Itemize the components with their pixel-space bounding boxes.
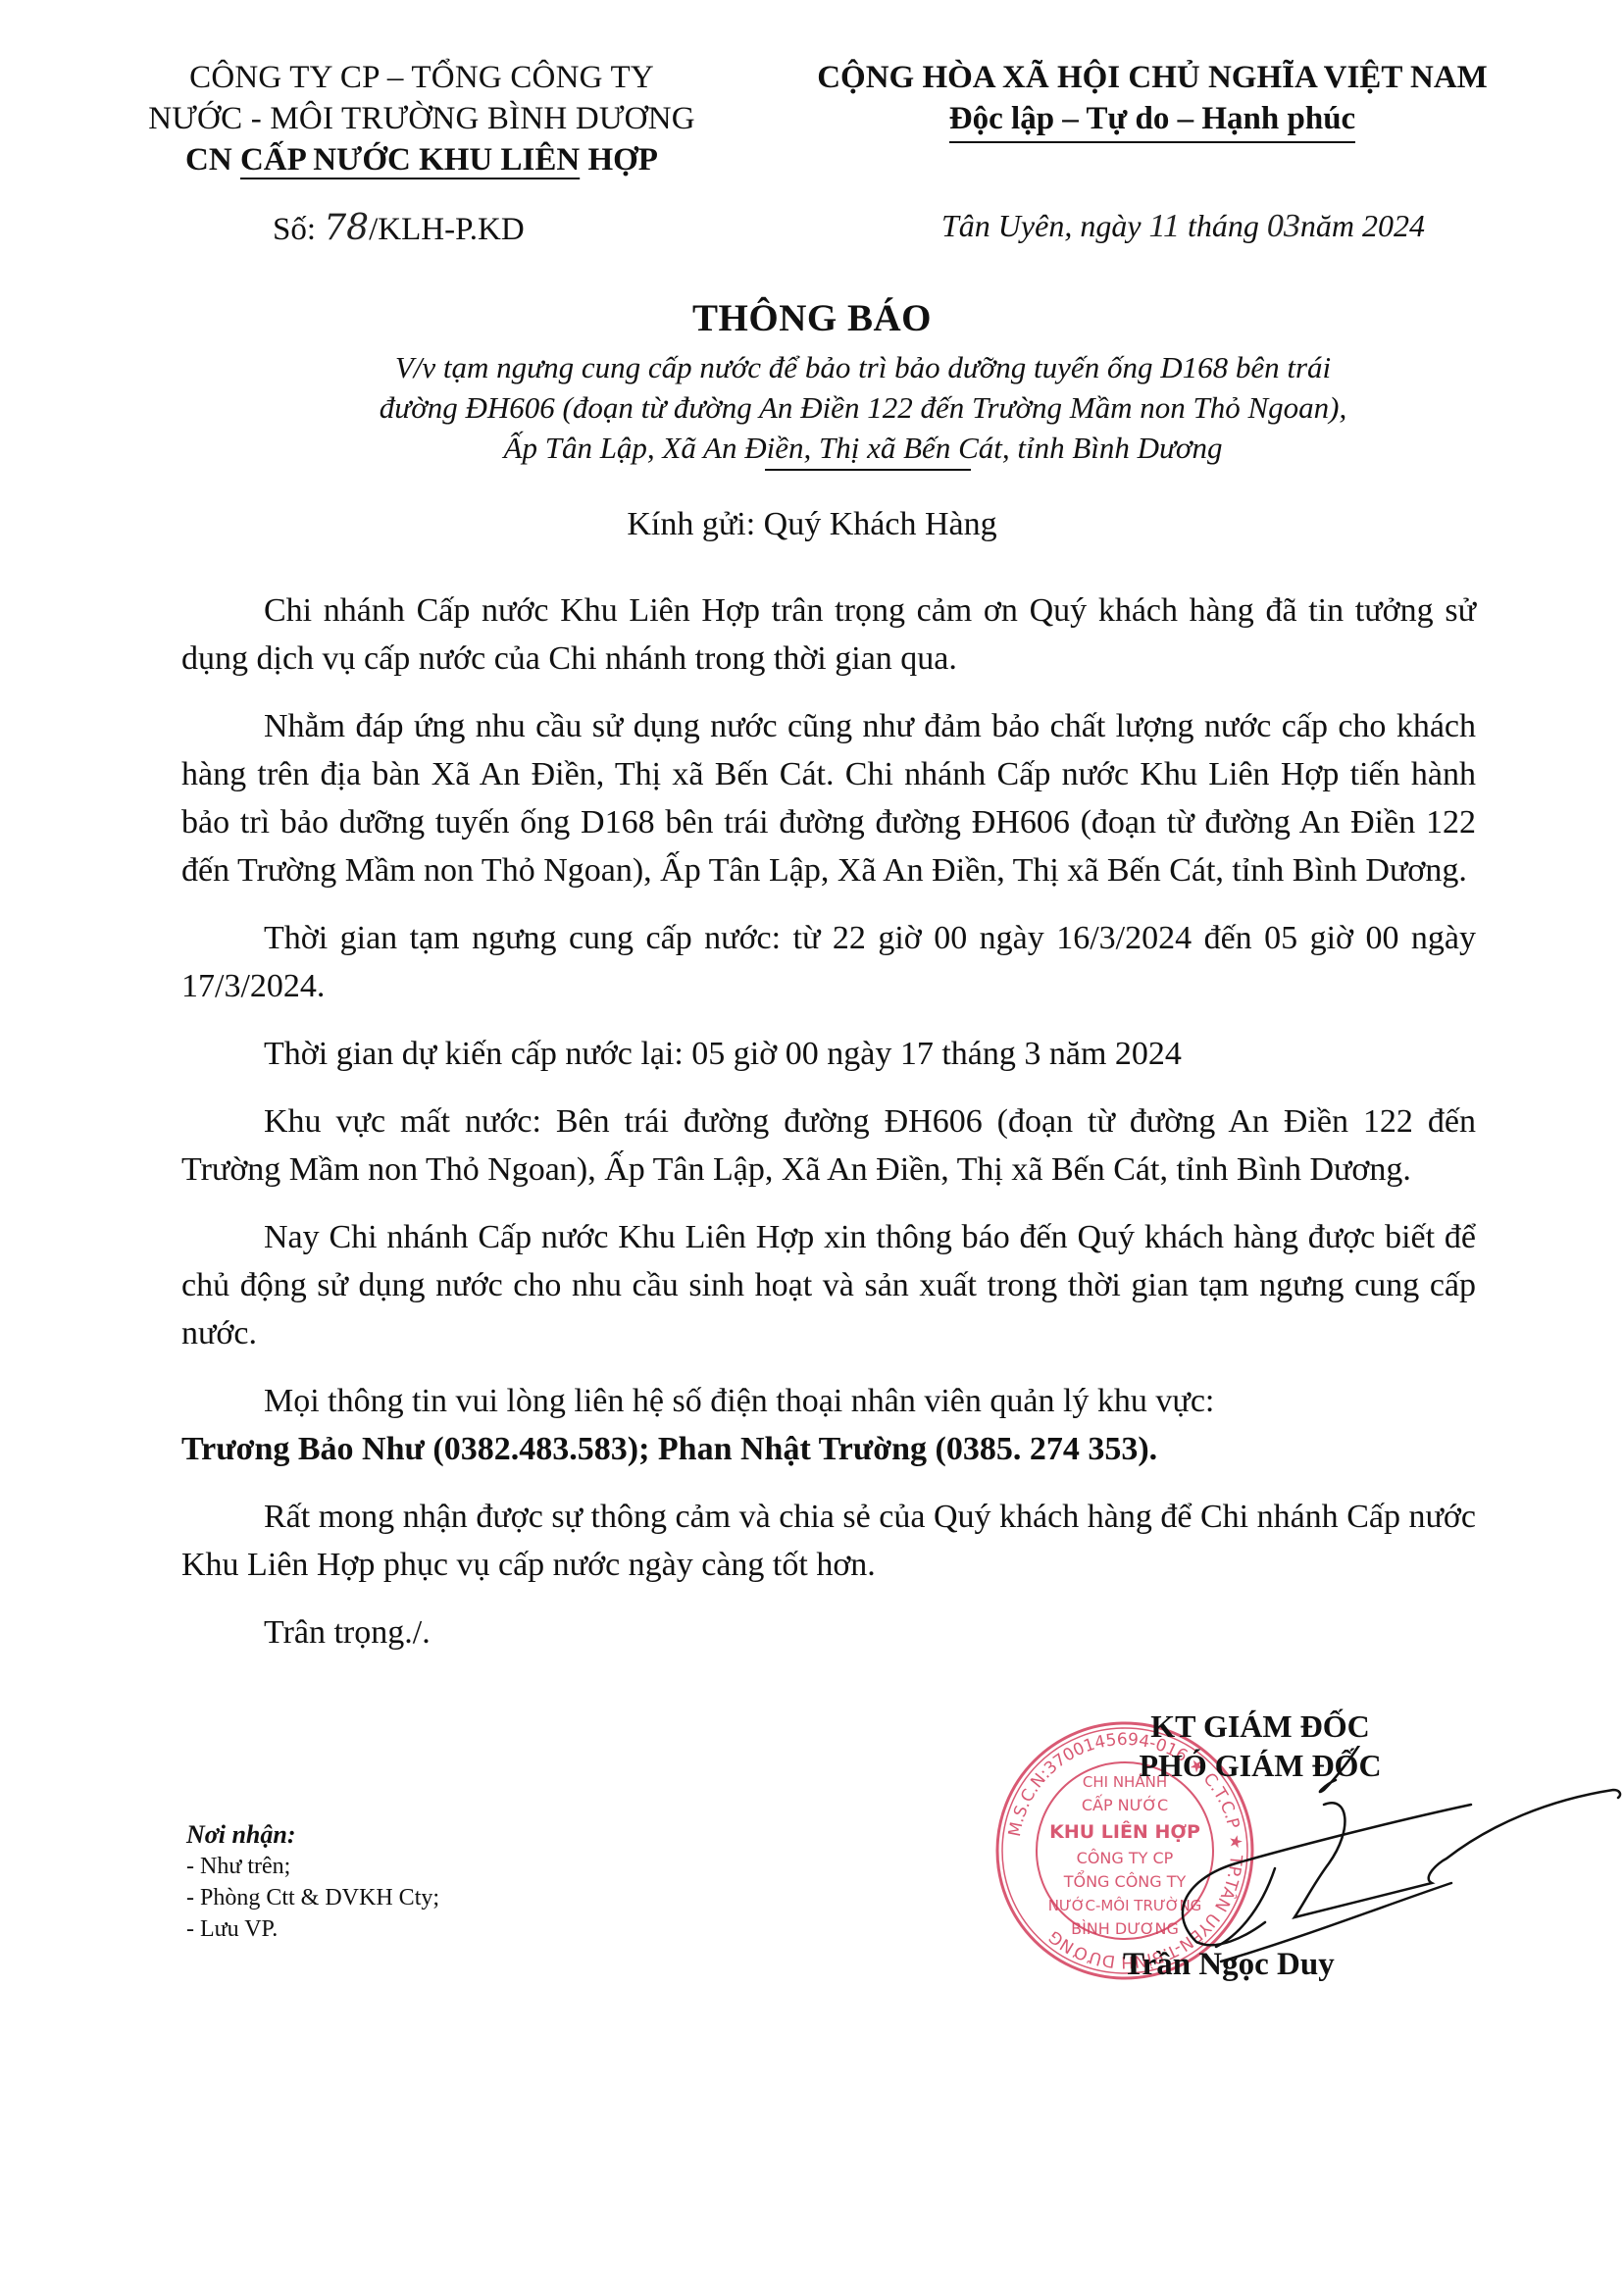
date-month: 03	[1267, 208, 1300, 244]
national-header: CỘNG HÒA XÃ HỘI CHỦ NGHĨA VIỆT NAM Độc l…	[785, 57, 1520, 143]
date-place: Tân Uyên, ngày	[941, 208, 1149, 243]
subject-line-2: đường ĐH606 (đoạn từ đường An Điền 122 đ…	[324, 387, 1402, 428]
recipients-heading: Nơi nhận:	[186, 1819, 439, 1851]
issuer-branch-suffix: HỢP	[580, 142, 658, 178]
paragraph-notice: Nay Chi nhánh Cấp nước Khu Liên Hợp xin …	[181, 1213, 1476, 1357]
document-title: THÔNG BÁO	[0, 296, 1624, 340]
subject-divider	[765, 469, 971, 471]
issuer-header: CÔNG TY CP – TỔNG CÔNG TY NƯỚC - MÔI TRƯ…	[127, 57, 716, 180]
document-page: CÔNG TY CP – TỔNG CÔNG TY NƯỚC - MÔI TRƯ…	[0, 0, 1624, 2293]
recipient-item: - Phòng Ctt & DVKH Cty;	[186, 1882, 439, 1913]
issuer-line-2: NƯỚC - MÔI TRƯỜNG BÌNH DƯƠNG	[127, 98, 716, 139]
date-month-label: tháng	[1180, 208, 1267, 243]
paragraph-outage-time: Thời gian tạm ngưng cung cấp nước: từ 22…	[181, 914, 1476, 1010]
signer-name: Trần Ngọc Duy	[1123, 1947, 1335, 1983]
document-subject: V/v tạm ngưng cung cấp nước để bảo trì b…	[324, 347, 1402, 468]
paragraph-purpose: Nhằm đáp ứng nhu cầu sử dụng nước cũng n…	[181, 702, 1476, 894]
subject-line-3: Ấp Tân Lập, Xã An Điền, Thị xã Bến Cát, …	[324, 428, 1402, 468]
recipient-item: - Như trên;	[186, 1851, 439, 1882]
issuer-line-1: CÔNG TY CP – TỔNG CÔNG TY	[127, 57, 716, 98]
document-number-label: Số:	[273, 212, 324, 247]
paragraph-thanks: Chi nhánh Cấp nước Khu Liên Hợp trân trọ…	[181, 586, 1476, 683]
handwritten-signature-icon	[1079, 1746, 1624, 1971]
signer-authority: KT GIÁM ĐỐC	[1040, 1707, 1481, 1746]
date-line: Tân Uyên, ngày 11 tháng 03năm 2024	[941, 208, 1425, 245]
paragraph-affected-area: Khu vực mất nước: Bên trái đường đường Đ…	[181, 1097, 1476, 1194]
regards: Trân trọng./.	[181, 1608, 1476, 1656]
issuer-branch: CN CẤP NƯỚC KHU LIÊN HỢP	[127, 139, 716, 180]
paragraph-restore-time: Thời gian dự kiến cấp nước lại: 05 giờ 0…	[181, 1030, 1476, 1078]
document-number-suffix: /KLH-P.KD	[369, 212, 525, 247]
issuer-branch-prefix: CN	[185, 142, 240, 178]
document-body: Chi nhánh Cấp nước Khu Liên Hợp trân trọ…	[181, 586, 1476, 1676]
paragraph-contact-intro: Mọi thông tin vui lòng liên hệ số điện t…	[181, 1377, 1476, 1425]
paragraph-closing: Rất mong nhận được sự thông cảm và chia …	[181, 1493, 1476, 1589]
subject-line-1: V/v tạm ngưng cung cấp nước để bảo trì b…	[324, 347, 1402, 387]
document-number-handwritten: 78	[324, 208, 369, 248]
issuer-branch-underlined: CẤP NƯỚC KHU LIÊN	[240, 142, 580, 178]
contact-names: Trương Bảo Như (0382.483.583); Phan Nhật…	[181, 1425, 1476, 1473]
national-title: CỘNG HÒA XÃ HỘI CHỦ NGHĨA VIỆT NAM	[785, 57, 1520, 98]
recipients-list: Nơi nhận: - Như trên; - Phòng Ctt & DVKH…	[186, 1819, 439, 1945]
date-year: năm 2024	[1300, 208, 1425, 243]
recipient-item: - Lưu VP.	[186, 1913, 439, 1945]
document-number: Số: 78/KLH-P.KD	[273, 208, 525, 248]
salutation: Kính gửi: Quý Khách Hàng	[0, 506, 1624, 543]
national-motto: Độc lập – Tự do – Hạnh phúc	[949, 98, 1355, 143]
date-day: 11	[1149, 208, 1180, 244]
